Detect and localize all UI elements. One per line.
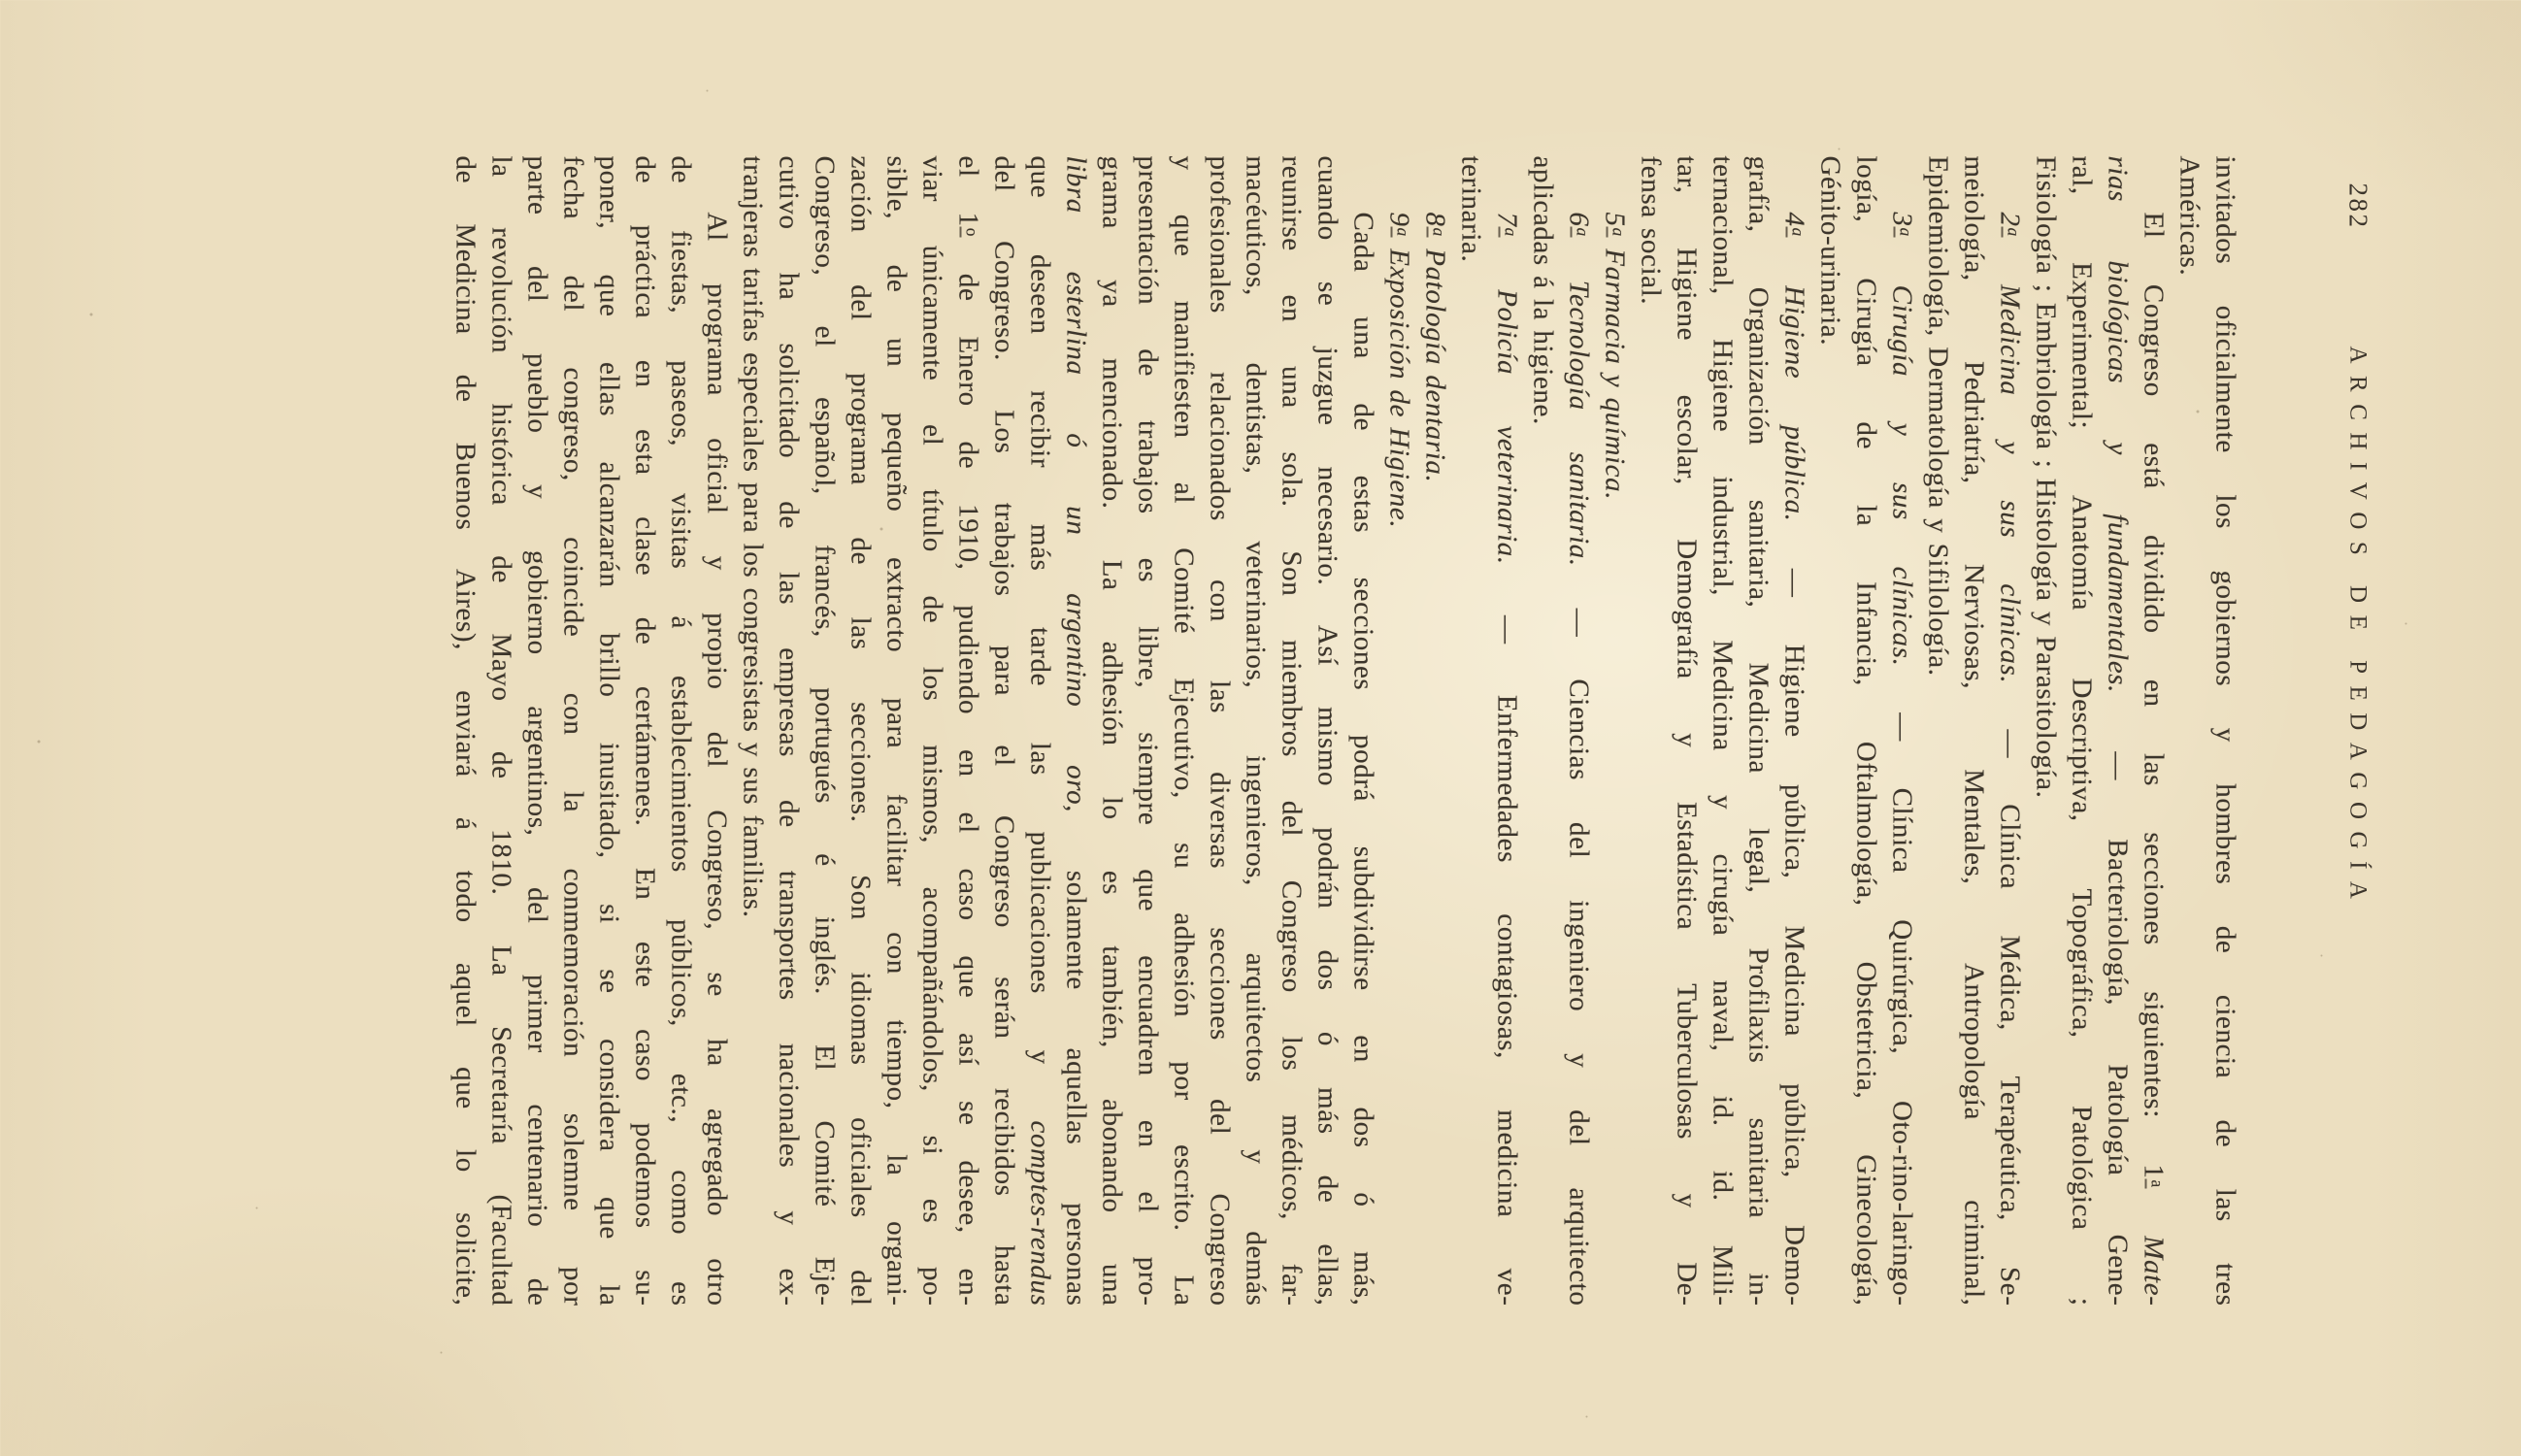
text-line-47: parte del pueblo y gobierno argentinos, … xyxy=(518,155,554,1306)
text-line-21: terinaria. xyxy=(1452,155,1488,1306)
text-line-28: profesionales relacionados con las diver… xyxy=(1201,155,1237,1306)
text-line-20: 7a Policía veterinaria. — Enfermedades c… xyxy=(1488,155,1524,1306)
text-line-35: el 1o de Enero de 1910, pudiendo en el c… xyxy=(949,155,985,1306)
text-line-2: El Congreso está dividido en las seccion… xyxy=(2135,155,2171,1306)
text-line-1: Américas. xyxy=(2171,155,2206,1306)
text-line-39: Congreso, el español, francés, portugués… xyxy=(806,155,842,1306)
text-line-23: 9a Exposición de Higiene. xyxy=(1380,155,1416,1306)
text-line-26: reunirse en una sola. Son miembros del C… xyxy=(1273,155,1309,1306)
text-line-5: Fisiología ; Embriología ; Histología y … xyxy=(2027,155,2063,1306)
paper-speck xyxy=(440,1351,442,1353)
scanned-page-canvas: 282 ARCHIVOS DE PEDAGOGÍA invitados ofic… xyxy=(0,0,2521,1456)
text-line-18: 6a Tecnología sanitaria. — Ciencias del … xyxy=(1560,155,1596,1306)
text-line-14: ternacional, Higiene industrial, Medicin… xyxy=(1704,155,1740,1306)
text-line-40: cutivo ha solicitado de las empresas de … xyxy=(770,155,806,1306)
text-line-11: Génito-urinaria. xyxy=(1811,155,1847,1306)
paper-speck xyxy=(2320,954,2322,956)
text-line-29: y que manifiesten al Comité Ejecutivo, s… xyxy=(1165,155,1201,1306)
paper-speck xyxy=(2405,622,2406,624)
text-line-34: del Congreso. Los trabajos para el Congr… xyxy=(985,155,1021,1306)
text-line-37: sible, de un pequeño extracto para facil… xyxy=(878,155,913,1306)
text-line-13: grafía, Organización sanitaria, Medicina… xyxy=(1740,155,1775,1306)
text-line-0: invitados oficialmente los gobiernos y h… xyxy=(2206,155,2242,1306)
text-line-44: de práctica en esta clase de certámenes.… xyxy=(626,155,662,1306)
paper-speck xyxy=(89,313,92,315)
text-line-22: 8a Patología dentaria. xyxy=(1416,155,1452,1306)
paper-speck xyxy=(37,740,40,743)
text-line-45: poner, que ellas alcanzarán brillo inusi… xyxy=(590,155,626,1306)
text-line-41: tranjeras tarifas especiales para los co… xyxy=(734,155,770,1306)
book-page: 282 ARCHIVOS DE PEDAGOGÍA invitados ofic… xyxy=(0,0,2521,1456)
text-line-42: Al programa oficial y propio del Congres… xyxy=(698,155,734,1306)
text-line-30: presentación de trabajos es libre, siemp… xyxy=(1129,155,1165,1306)
text-line-6: 2a Medicina y sus clínicas. — Clínica Mé… xyxy=(1991,155,2027,1306)
text-line-36: viar únicamente el título de los mismos,… xyxy=(913,155,949,1306)
text-line-7: meiología, Pedriatría, Nerviosas, Mental… xyxy=(1955,155,1991,1306)
text-line-8: Epidemiología, Dermatología y Sifilologí… xyxy=(1919,155,1955,1306)
text-line-43: de fiestas, paseos, visitas á establecim… xyxy=(662,155,698,1306)
text-line-33: que deseen recibir más tarde las publica… xyxy=(1021,155,1057,1306)
text-line-10: logía, Cirugía de la Infancia, Oftalmolo… xyxy=(1847,155,1883,1306)
text-line-31: grama ya mencionado. La adhesión lo es t… xyxy=(1093,155,1129,1306)
text-line-49: de Medicina de Buenos Aires), enviará á … xyxy=(447,155,482,1306)
text-line-9: 3a Cirugía y sus clínicas. — Clínica Qui… xyxy=(1883,155,1919,1306)
paper-speck xyxy=(1585,1415,1587,1417)
text-line-4: ral, Experimental; Anatomía Descriptiva,… xyxy=(2063,155,2099,1306)
text-line-17: 5a Farmacia y química. xyxy=(1596,155,1632,1306)
paper-speck xyxy=(255,1207,257,1208)
text-line-12: 4a Higiene pública. — Higiene pública, M… xyxy=(1775,155,1811,1306)
text-line-15: tar, Higiene escolar, Demografía y Estad… xyxy=(1668,155,1704,1306)
paper-speck xyxy=(706,89,708,91)
page-body: invitados oficialmente los gobiernos y h… xyxy=(447,155,2242,1306)
text-line-3: rias biológicas y fundamentales. — Bacte… xyxy=(2099,155,2135,1306)
paper-speck xyxy=(1838,148,1840,149)
running-title: ARCHIVOS DE PEDAGOGÍA xyxy=(2343,346,2371,910)
text-line-32: libra esterlina ó un argentino oro, sola… xyxy=(1057,155,1093,1306)
text-line-24: Cada una de estas secciones podrá subdiv… xyxy=(1344,155,1380,1306)
text-line-27: macéuticos, dentistas, veterinarios, ing… xyxy=(1237,155,1273,1306)
page-number: 282 xyxy=(2342,182,2372,229)
page-header: 282 ARCHIVOS DE PEDAGOGÍA xyxy=(2333,0,2373,1456)
text-line-38: zación del programa de las secciones. So… xyxy=(842,155,878,1306)
text-line-48: la revolución histórica de Mayo de 1810.… xyxy=(482,155,518,1306)
text-line-19: aplicadas á la higiene. xyxy=(1524,155,1560,1306)
text-line-16: fensa social. xyxy=(1632,155,1668,1306)
text-line-46: fecha del congreso, coincide con la conm… xyxy=(554,155,590,1306)
text-line-25: cuando se juzgue necesario. Así mismo po… xyxy=(1309,155,1344,1306)
